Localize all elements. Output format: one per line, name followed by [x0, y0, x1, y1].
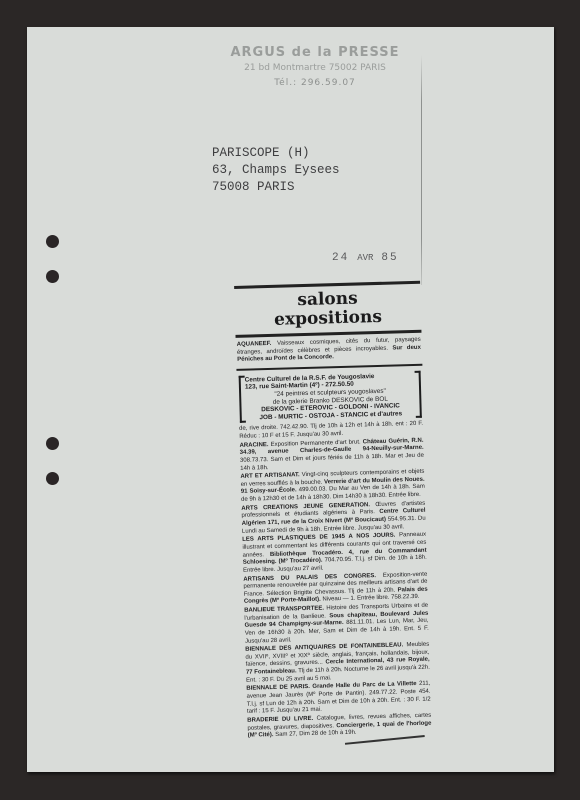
- stamp-address: 21 bd Montmartre 75002 PARIS: [220, 63, 410, 73]
- address-line-3: 75008 PARIS: [212, 179, 340, 196]
- listing-entry: ARTISANS DU PALAIS DES CONGRES. Expositi…: [243, 571, 428, 607]
- listing-entry: BANLIEUE TRANSPORTEE. Histoire des Trans…: [244, 603, 429, 646]
- listings: AQUANEEF. Vaisseaux cosmiques, cités du …: [234, 337, 425, 365]
- clipping-edge-line: [421, 55, 422, 285]
- listings: de, rive droite. 742.42.90. Tlj de 10h à…: [236, 421, 435, 741]
- address-line-1: PARISCOPE (H): [212, 145, 340, 162]
- stamp-name: ARGUS de la PRESSE: [220, 45, 410, 60]
- punch-hole: [46, 437, 59, 450]
- punch-hole: [46, 235, 59, 248]
- rule: [236, 363, 422, 370]
- listing-entry: LES ARTS PLASTIQUES DE 1945 A NOS JOURS.…: [242, 532, 427, 575]
- recipient-address: PARISCOPE (H) 63, Champs Eysees 75008 PA…: [212, 145, 340, 196]
- clipping-heading: salons expositions: [232, 288, 423, 331]
- heading-line-2: expositions: [233, 307, 423, 331]
- punch-hole: [46, 270, 59, 283]
- date-year: 85: [381, 252, 398, 264]
- date-day: 24: [332, 252, 349, 264]
- boxed-listing: Centre Culturel de la R.S.F. de Yougosla…: [239, 371, 422, 424]
- newspaper-clipping: salons expositions AQUANEEF. Vaisseaux c…: [232, 277, 435, 745]
- address-line-2: 63, Champs Eysees: [212, 162, 340, 179]
- listing-entry: BIENNALE DES ANTIQUAIRES DE FONTAINEBLEA…: [245, 642, 430, 685]
- listing-entry: BIENNALE DE PARIS. Grande Halle du Parc …: [246, 681, 431, 717]
- press-agency-stamp: ARGUS de la PRESSE 21 bd Montmartre 7500…: [220, 45, 410, 88]
- document-page: ARGUS de la PRESSE 21 bd Montmartre 7500…: [27, 27, 554, 772]
- listing-entry: ART ET ARTISANAT. Vingt-cinq sculpteurs …: [240, 469, 425, 505]
- listing-entry: ARTS CREATIONS JEUNE GENERATION. Œuvres …: [241, 501, 426, 537]
- punch-hole: [46, 472, 59, 485]
- listing-entry: AQUANEEF. Vaisseaux cosmiques, cités du …: [237, 337, 422, 365]
- stamp-phone: Tél.: 296.59.07: [220, 78, 410, 88]
- date-stamp: 24AVR85: [332, 252, 399, 264]
- listing-entry: ARACINE. Exposition Permanente d'art bru…: [239, 437, 424, 473]
- date-month: AVR: [357, 253, 373, 263]
